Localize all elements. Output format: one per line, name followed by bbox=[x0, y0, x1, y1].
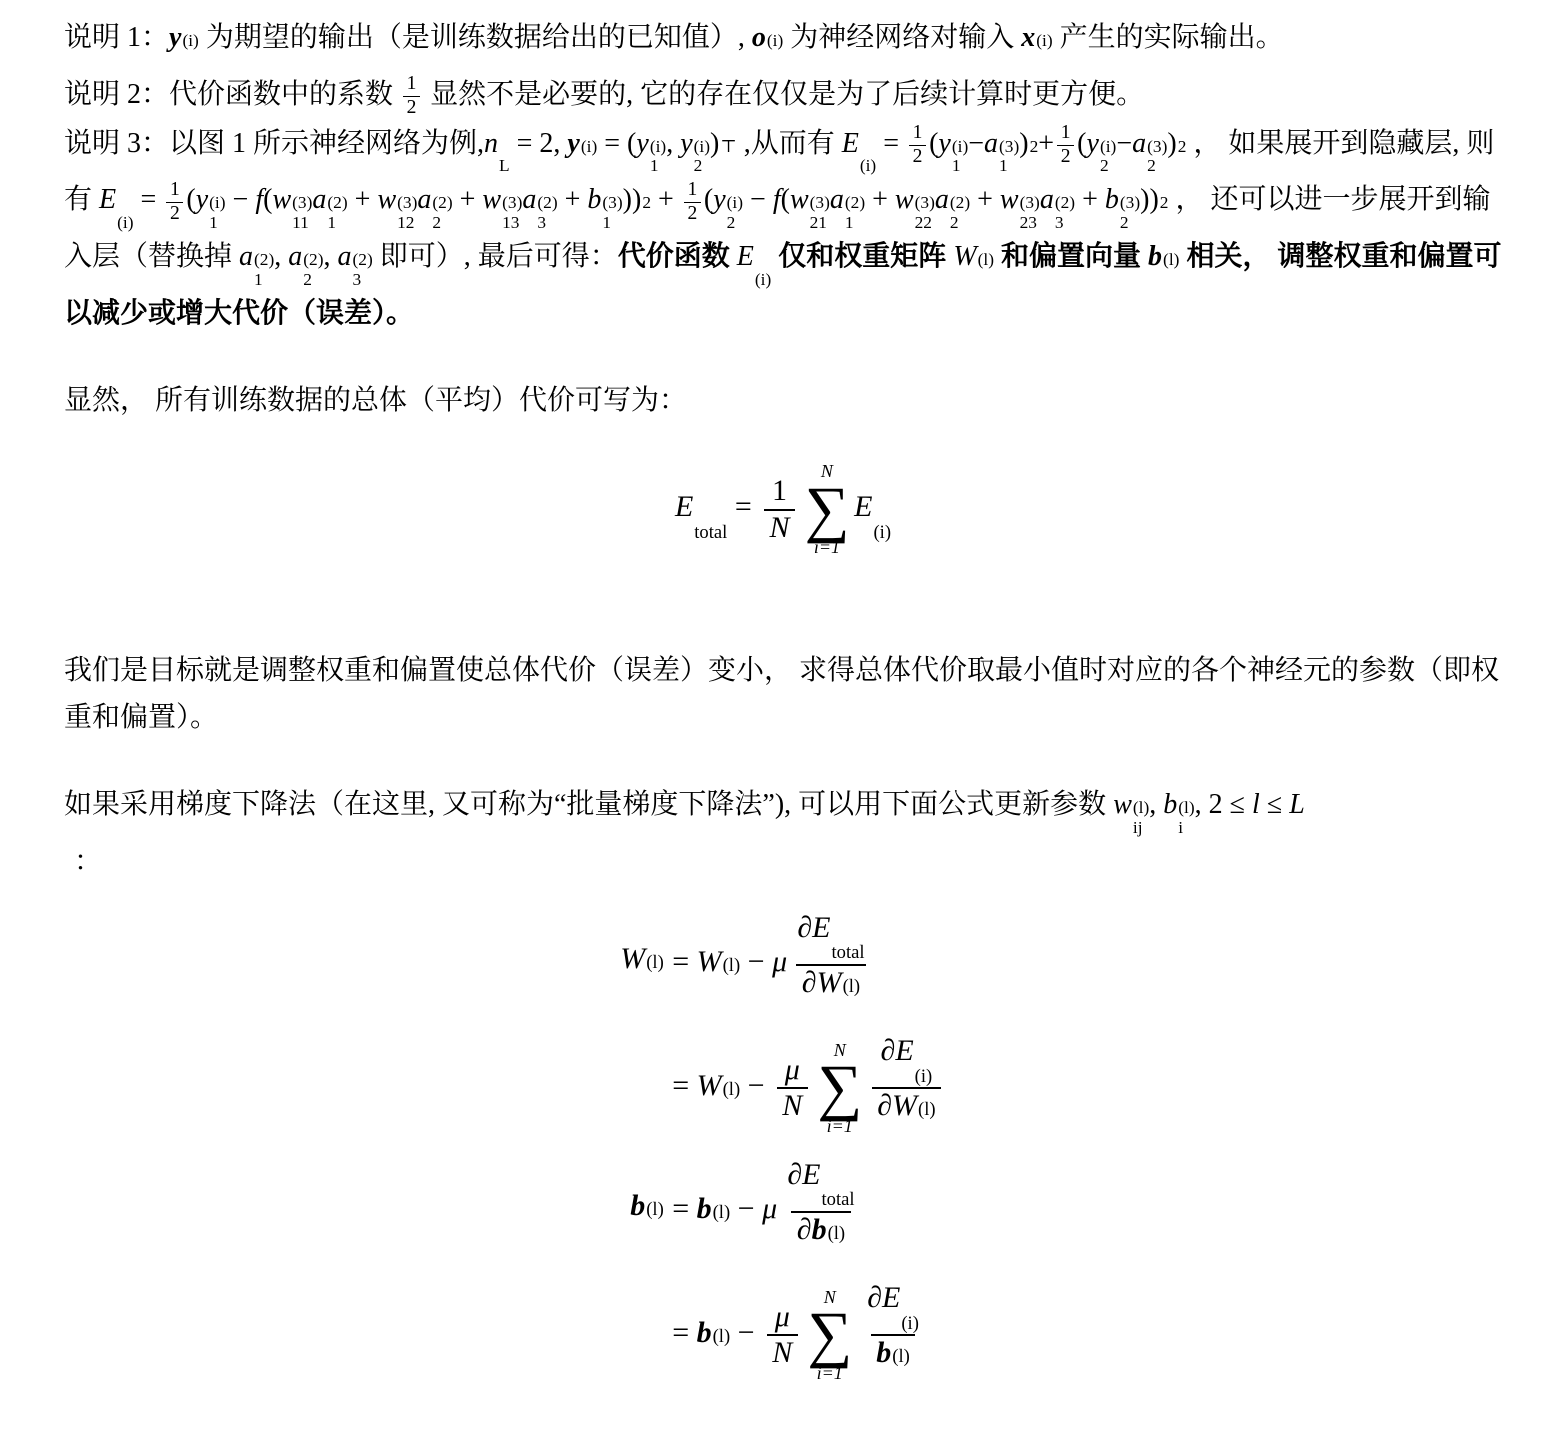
math-base: b bbox=[697, 1184, 712, 1234]
math-symbol: 1 bbox=[772, 474, 787, 509]
script-stack: (i) bbox=[901, 1291, 919, 1334]
document-body: 说明 1：y(i) 为期望的输出（是训练数据给出的已知值）, o(i) 为神经网… bbox=[0, 0, 1564, 1429]
superscript: (2) bbox=[353, 250, 373, 270]
math-symbol: − bbox=[740, 1061, 772, 1111]
fraction-denominator: N bbox=[767, 1334, 798, 1371]
script-stack: total bbox=[822, 1168, 855, 1211]
script-stack: (i) bbox=[873, 500, 891, 543]
math-base: ∂W bbox=[802, 966, 842, 1001]
text-run: 仅和权重矩阵 bbox=[771, 241, 953, 272]
math-symbol: b(l) bbox=[697, 1308, 731, 1369]
superscript: (l) bbox=[1133, 798, 1149, 818]
math-symbol: o(i) bbox=[752, 14, 783, 71]
subscript: (i) bbox=[755, 270, 771, 290]
script-stack: (i)1 bbox=[209, 193, 225, 233]
math-base: l bbox=[1252, 781, 1260, 828]
text-run: 说明 2：代价函数中的系数 bbox=[64, 79, 400, 110]
paragraph-gradient-descent-intro: 如果采用梯度下降法（在这里, 又可称为“批量梯度下降法”), 可以用下面公式更新… bbox=[64, 781, 1502, 838]
script-stack: (3)23 bbox=[1020, 193, 1040, 233]
subscript: 22 bbox=[915, 213, 932, 233]
math-base: − bbox=[730, 1308, 762, 1358]
fraction-numerator: 1 bbox=[684, 179, 701, 202]
equation-lhs bbox=[656, 1063, 664, 1113]
math-base: = bbox=[134, 176, 164, 223]
superscript: (3) bbox=[1147, 137, 1167, 157]
math-symbol: a(2)1 bbox=[830, 176, 865, 233]
equation-lhs: b(l) bbox=[630, 1181, 664, 1242]
math-base: f bbox=[255, 176, 263, 223]
subscript: 2 bbox=[303, 270, 312, 290]
math-base: 1 bbox=[1061, 122, 1071, 145]
superscript: (3) bbox=[1120, 193, 1140, 213]
paragraph-average-cost-intro: 显然， 所有训练数据的总体（平均）代价可写为： bbox=[64, 377, 1502, 424]
subscript: (i) bbox=[117, 213, 133, 233]
math-symbol: 1 bbox=[407, 73, 417, 96]
fraction: 1N bbox=[764, 474, 795, 545]
math-base: a bbox=[417, 176, 431, 223]
superscript: (3) bbox=[810, 193, 830, 213]
fraction: 12 bbox=[403, 73, 420, 119]
fraction: 12 bbox=[1057, 122, 1074, 168]
math-base: a bbox=[1132, 120, 1146, 167]
math-base: a bbox=[288, 233, 302, 280]
superscript: (i) bbox=[727, 193, 743, 213]
fraction-numerator: 1 bbox=[166, 179, 183, 202]
math-base: b bbox=[1148, 233, 1162, 280]
math-base: E bbox=[854, 482, 872, 532]
sum-lower-limit: i=1 bbox=[814, 536, 840, 559]
text-run: ,从而有 bbox=[737, 128, 842, 159]
math-symbol: y(i)1 bbox=[196, 176, 226, 233]
math-symbol: a(2)3 bbox=[522, 176, 557, 233]
math-base: b bbox=[1163, 781, 1177, 828]
script-stack: (l) bbox=[723, 1079, 741, 1122]
fraction-numerator: ∂E (i) bbox=[875, 1034, 938, 1087]
subscript bbox=[646, 1221, 651, 1242]
subscript bbox=[843, 997, 848, 1018]
text-run: 和偏置向量 bbox=[994, 241, 1148, 272]
math-base: w bbox=[377, 176, 396, 223]
math-base: + bbox=[453, 176, 483, 223]
math-symbol: − bbox=[226, 176, 256, 223]
script-stack: (2)3 bbox=[353, 250, 373, 290]
fraction-numerator: μ bbox=[769, 1300, 795, 1335]
math-base: E bbox=[737, 233, 754, 280]
subscript: 1 bbox=[602, 213, 611, 233]
math-symbol: μ bbox=[775, 1300, 790, 1335]
text-run: ： bbox=[74, 846, 102, 877]
sum-operator: N∑i=1 bbox=[817, 1039, 862, 1138]
superscript: (i) bbox=[650, 137, 666, 157]
math-symbol: b(3)2 bbox=[1105, 176, 1140, 233]
fraction-numerator: 1 bbox=[909, 122, 926, 145]
subscript bbox=[978, 270, 982, 290]
math-symbol: a(2)1 bbox=[312, 176, 347, 233]
math-symbol: )⊤ bbox=[710, 120, 737, 177]
math-symbol: ∂E (i) bbox=[867, 1281, 919, 1334]
math-symbol: ∂E total bbox=[797, 911, 864, 964]
equation-rhs: = b(l) − μNN∑i=1∂E (i)b(l) bbox=[672, 1281, 929, 1389]
math-symbol: W(l) bbox=[697, 1061, 741, 1122]
paragraph-note-2: 说明 2：代价函数中的系数 12 显然不是必要的, 它的存在仅仅是为了后续计算时… bbox=[64, 71, 1502, 120]
math-base: y bbox=[1087, 120, 1099, 167]
math-symbol: − bbox=[968, 120, 984, 167]
superscript: (i) bbox=[209, 193, 225, 213]
math-symbol: E (i) bbox=[99, 176, 134, 233]
math-base: − bbox=[740, 937, 772, 987]
math-symbol: = ( bbox=[597, 120, 636, 167]
math-base: b bbox=[697, 1308, 712, 1358]
math-symbol: y(i) bbox=[169, 14, 199, 71]
math-symbol: a(2)3 bbox=[1040, 176, 1075, 233]
math-symbol: = bbox=[672, 1061, 696, 1111]
subscript: 3 bbox=[353, 270, 362, 290]
math-base: b bbox=[587, 176, 601, 223]
math-base: 1 bbox=[772, 474, 787, 509]
math-base: + bbox=[970, 176, 1000, 223]
sigma-symbol: ∑ bbox=[817, 1061, 862, 1115]
math-symbol: E (i) bbox=[854, 482, 891, 543]
math-base: ∂E bbox=[787, 1158, 820, 1193]
math-base: ∂ bbox=[797, 1213, 812, 1248]
subscript: 2 bbox=[1100, 156, 1109, 176]
math-base: − bbox=[968, 120, 984, 167]
superscript: (l) bbox=[646, 1199, 664, 1220]
math-base: ∂W bbox=[877, 1089, 917, 1124]
superscript: (l) bbox=[918, 1099, 936, 1120]
text-run: 我们是目标就是调整权重和偏置使总体代价（误差）变小， 求得总体代价取最小值时对应… bbox=[64, 655, 1499, 733]
script-stack: (l) bbox=[978, 250, 994, 290]
math-symbol: w(l)ij bbox=[1113, 781, 1149, 838]
math-symbol: b(l)i bbox=[1163, 781, 1194, 838]
math-base: y bbox=[636, 120, 648, 167]
script-stack: (l) bbox=[646, 952, 664, 995]
math-symbol: ∂W(l) bbox=[802, 966, 860, 1019]
superscript: (2) bbox=[950, 193, 970, 213]
math-symbol: ∂W(l) bbox=[877, 1089, 935, 1142]
script-stack: (l)i bbox=[1178, 798, 1194, 838]
math-symbol: 2 bbox=[407, 97, 417, 120]
math-symbol: − bbox=[743, 176, 773, 223]
math-symbol: − bbox=[740, 937, 772, 987]
script-stack: (l) bbox=[723, 955, 741, 998]
math-symbol: n L bbox=[484, 120, 510, 177]
math-base: w bbox=[1113, 781, 1132, 828]
equation-total-cost: E total = 1NN∑i=1E (i) bbox=[64, 460, 1502, 559]
text-run: 产生的实际输出。 bbox=[1053, 22, 1284, 53]
math-base: )) bbox=[623, 176, 642, 223]
equation-lhs bbox=[656, 1310, 664, 1360]
math-symbol: y(i)1 bbox=[938, 120, 968, 177]
math-base: a bbox=[312, 176, 326, 223]
math-symbol: + bbox=[558, 176, 588, 223]
math-base: ( bbox=[263, 176, 272, 223]
math-base: − bbox=[743, 176, 773, 223]
fraction-denominator: N bbox=[764, 509, 795, 546]
math-symbol: w(3)23 bbox=[1000, 176, 1040, 233]
superscript: (2) bbox=[537, 193, 557, 213]
fraction-denominator: 2 bbox=[166, 202, 183, 226]
script-stack: (3)2 bbox=[1147, 137, 1167, 177]
equation-lhs: W(l) bbox=[620, 934, 664, 995]
subscript: total bbox=[694, 522, 727, 543]
subscript: (i) bbox=[915, 1066, 933, 1087]
math-symbol: ∂E (i) bbox=[881, 1034, 933, 1087]
paragraph-colon: ： bbox=[64, 838, 1502, 885]
superscript: (2) bbox=[254, 250, 274, 270]
fraction: 12 bbox=[684, 179, 701, 225]
math-symbol: E total bbox=[675, 482, 727, 543]
math-symbol: W(l) bbox=[953, 233, 994, 290]
fraction-denominator: ∂b(l) bbox=[791, 1211, 850, 1266]
superscript bbox=[915, 1044, 920, 1065]
math-base: W bbox=[620, 934, 645, 984]
math-base: b bbox=[876, 1336, 891, 1371]
math-base: , bbox=[324, 233, 338, 280]
script-stack: (i) bbox=[915, 1044, 933, 1087]
math-symbol: w(3)11 bbox=[272, 176, 312, 233]
math-symbol: W(l) bbox=[697, 937, 741, 998]
math-symbol: ))2 bbox=[1140, 176, 1168, 233]
math-symbol: f bbox=[773, 176, 781, 223]
script-stack: (i)2 bbox=[727, 193, 743, 233]
math-symbol: a(3)2 bbox=[1132, 120, 1167, 177]
subscript: 1 bbox=[254, 270, 263, 290]
math-symbol: L bbox=[1289, 781, 1305, 828]
math-symbol: b(3)1 bbox=[587, 176, 622, 233]
script-stack: (l) bbox=[892, 1346, 910, 1389]
math-symbol: y(i) bbox=[567, 120, 597, 177]
script-stack: total bbox=[832, 921, 865, 964]
math-base: w bbox=[482, 176, 501, 223]
math-symbol: b(l) bbox=[812, 1213, 846, 1266]
math-base: − bbox=[1116, 120, 1132, 167]
superscript bbox=[499, 137, 503, 157]
subscript: ij bbox=[1133, 818, 1143, 838]
fraction-numerator: μ bbox=[779, 1053, 805, 1088]
script-stack: (i)2 bbox=[694, 137, 710, 177]
math-symbol: = bbox=[727, 482, 759, 532]
subscript bbox=[892, 1367, 897, 1388]
script-stack: (3)1 bbox=[999, 137, 1019, 177]
subscript: total bbox=[832, 942, 865, 963]
superscript: (i) bbox=[182, 31, 198, 51]
script-stack: L bbox=[499, 137, 510, 177]
script-stack: (l) bbox=[713, 1202, 731, 1245]
math-base: a bbox=[830, 176, 844, 223]
math-base: y bbox=[567, 120, 579, 167]
math-base: w bbox=[790, 176, 809, 223]
subscript: 13 bbox=[502, 213, 519, 233]
math-symbol: + bbox=[348, 176, 378, 223]
math-symbol: f bbox=[255, 176, 263, 223]
fraction-denominator: 2 bbox=[909, 145, 926, 169]
subscript: 1 bbox=[327, 213, 336, 233]
subscript: 2 bbox=[1120, 213, 1129, 233]
subscript bbox=[723, 1100, 728, 1121]
superscript: (i) bbox=[1100, 137, 1116, 157]
fraction: 12 bbox=[166, 179, 183, 225]
fraction-numerator: 1 bbox=[403, 73, 420, 96]
superscript: (2) bbox=[327, 193, 347, 213]
math-base: ∂E bbox=[867, 1281, 900, 1316]
math-symbol: , bbox=[274, 233, 288, 280]
math-base: + bbox=[1075, 176, 1105, 223]
math-base: = bbox=[672, 1308, 696, 1358]
subscript: 2 bbox=[1147, 156, 1156, 176]
script-stack: (l) bbox=[843, 976, 861, 1019]
superscript: (i) bbox=[767, 31, 783, 51]
math-base: , 2 ≤ bbox=[1195, 781, 1252, 828]
math-symbol: a(2)2 bbox=[417, 176, 452, 233]
math-symbol: a(2)2 bbox=[288, 233, 323, 290]
equation-rhs: = W(l) − μ∂E total∂W(l) bbox=[672, 911, 875, 1019]
math-symbol: = bbox=[876, 120, 906, 167]
math-symbol: w(3)12 bbox=[377, 176, 417, 233]
math-base: 1 bbox=[170, 179, 180, 202]
math-base: = 2, bbox=[510, 120, 568, 167]
script-stack: (3)22 bbox=[915, 193, 935, 233]
subscript bbox=[646, 974, 651, 995]
superscript: (l) bbox=[1178, 798, 1194, 818]
math-base: 1 bbox=[687, 179, 697, 202]
math-base: − bbox=[226, 176, 256, 223]
math-symbol: l bbox=[1252, 781, 1260, 828]
math-symbol: y(i)2 bbox=[1087, 120, 1117, 177]
subscript: 23 bbox=[1020, 213, 1037, 233]
math-base: y bbox=[680, 120, 692, 167]
math-symbol: ( bbox=[781, 176, 790, 223]
math-base: w bbox=[1000, 176, 1019, 223]
math-symbol: E (i) bbox=[842, 120, 877, 177]
math-symbol: + bbox=[865, 176, 895, 223]
superscript: (3) bbox=[602, 193, 622, 213]
superscript: (i) bbox=[1036, 31, 1052, 51]
math-base: y bbox=[938, 120, 950, 167]
fraction-denominator: 2 bbox=[403, 96, 420, 120]
subscript: (i) bbox=[901, 1313, 919, 1334]
superscript: (3) bbox=[999, 137, 1019, 157]
paragraph-note-1: 说明 1：y(i) 为期望的输出（是训练数据给出的已知值）, o(i) 为神经网… bbox=[64, 14, 1502, 71]
subscript bbox=[723, 977, 728, 998]
subscript bbox=[1030, 156, 1034, 176]
subscript: 12 bbox=[397, 213, 414, 233]
math-symbol: w(3)13 bbox=[482, 176, 522, 233]
text-run: 代价函数 bbox=[618, 241, 737, 272]
math-symbol: μ bbox=[785, 1053, 800, 1088]
subscript: 2 bbox=[727, 213, 736, 233]
paragraph-note-3: 说明 3：以图 1 所示神经网络为例,n L = 2, y(i) = (y(i)… bbox=[64, 120, 1502, 338]
superscript bbox=[822, 1168, 827, 1189]
subscript: 1 bbox=[650, 156, 659, 176]
text-run: 显然， 所有训练数据的总体（平均）代价可写为： bbox=[64, 385, 687, 416]
fraction-denominator: ∂W(l) bbox=[872, 1087, 941, 1142]
math-symbol: ∂ bbox=[797, 1213, 812, 1248]
subscript bbox=[1178, 156, 1182, 176]
superscript bbox=[832, 921, 837, 942]
math-symbol: ≤ bbox=[1260, 781, 1289, 828]
superscript bbox=[860, 137, 864, 157]
fraction: 12 bbox=[909, 122, 926, 168]
fraction: ∂E total∂b(l) bbox=[782, 1158, 860, 1266]
math-base: + bbox=[558, 176, 588, 223]
math-symbol: 1 bbox=[687, 179, 697, 202]
script-stack: (3)2 bbox=[1120, 193, 1140, 233]
math-base: = bbox=[672, 1061, 696, 1111]
text-run: 如果采用梯度下降法（在这里, 又可称为“批量梯度下降法”), 可以用下面公式更新… bbox=[64, 789, 1113, 820]
math-symbol: E (i) bbox=[737, 233, 772, 290]
math-base: = bbox=[672, 937, 696, 987]
superscript: (i) bbox=[581, 137, 597, 157]
subscript: 1 bbox=[999, 156, 1008, 176]
subscript bbox=[828, 1244, 833, 1265]
math-base: a bbox=[338, 233, 352, 280]
math-symbol: N bbox=[772, 1336, 792, 1371]
math-base: + bbox=[651, 176, 681, 223]
math-symbol: b(l) bbox=[876, 1336, 910, 1389]
math-base: N bbox=[782, 1089, 802, 1124]
script-stack: (2)1 bbox=[254, 250, 274, 290]
superscript: (3) bbox=[292, 193, 312, 213]
superscript bbox=[117, 193, 121, 213]
superscript: (l) bbox=[723, 1079, 741, 1100]
math-base: ∂E bbox=[797, 911, 830, 946]
script-stack: (i) bbox=[182, 31, 198, 71]
superscript: 2 bbox=[642, 193, 651, 213]
math-symbol: ( bbox=[704, 176, 713, 223]
math-symbol: y(i)1 bbox=[636, 120, 666, 177]
math-base: w bbox=[895, 176, 914, 223]
script-stack: (2)2 bbox=[950, 193, 970, 233]
subscript: 3 bbox=[537, 213, 546, 233]
math-base: 2 bbox=[687, 203, 697, 226]
fraction-numerator: 1 bbox=[767, 474, 793, 509]
math-base: ) bbox=[710, 120, 719, 167]
math-base: 1 bbox=[407, 73, 417, 96]
superscript: (i) bbox=[694, 137, 710, 157]
math-symbol: μ bbox=[762, 1184, 777, 1234]
math-symbol: ( bbox=[186, 176, 195, 223]
subscript bbox=[182, 51, 186, 71]
math-symbol: ( bbox=[929, 120, 938, 167]
script-stack: (i) bbox=[581, 137, 597, 177]
math-symbol: − bbox=[1116, 120, 1132, 167]
subscript: L bbox=[499, 156, 510, 176]
superscript: (l) bbox=[892, 1346, 910, 1367]
sigma-symbol: ∑ bbox=[807, 1308, 852, 1362]
math-symbol: w(3)21 bbox=[790, 176, 830, 233]
subscript bbox=[642, 213, 646, 233]
script-stack: (l) bbox=[918, 1099, 936, 1142]
superscript: (l) bbox=[1163, 250, 1179, 270]
subscript bbox=[1163, 270, 1167, 290]
math-base: μ bbox=[762, 1184, 777, 1234]
math-symbol: = bbox=[672, 1184, 696, 1234]
math-base: f bbox=[773, 176, 781, 223]
math-base: N bbox=[769, 511, 789, 546]
math-symbol: x(i) bbox=[1021, 14, 1052, 71]
text-run: 为神经网络对输入 bbox=[783, 22, 1021, 53]
math-base: E bbox=[99, 176, 116, 223]
math-base: ( bbox=[929, 120, 938, 167]
math-symbol: a(2)3 bbox=[338, 233, 373, 290]
script-stack: (3)21 bbox=[810, 193, 830, 233]
math-base: E bbox=[675, 482, 693, 532]
math-base: μ bbox=[785, 1053, 800, 1088]
script-stack: (3)1 bbox=[602, 193, 622, 233]
fraction: ∂E total∂W(l) bbox=[792, 911, 870, 1019]
math-symbol: + bbox=[1038, 120, 1054, 167]
